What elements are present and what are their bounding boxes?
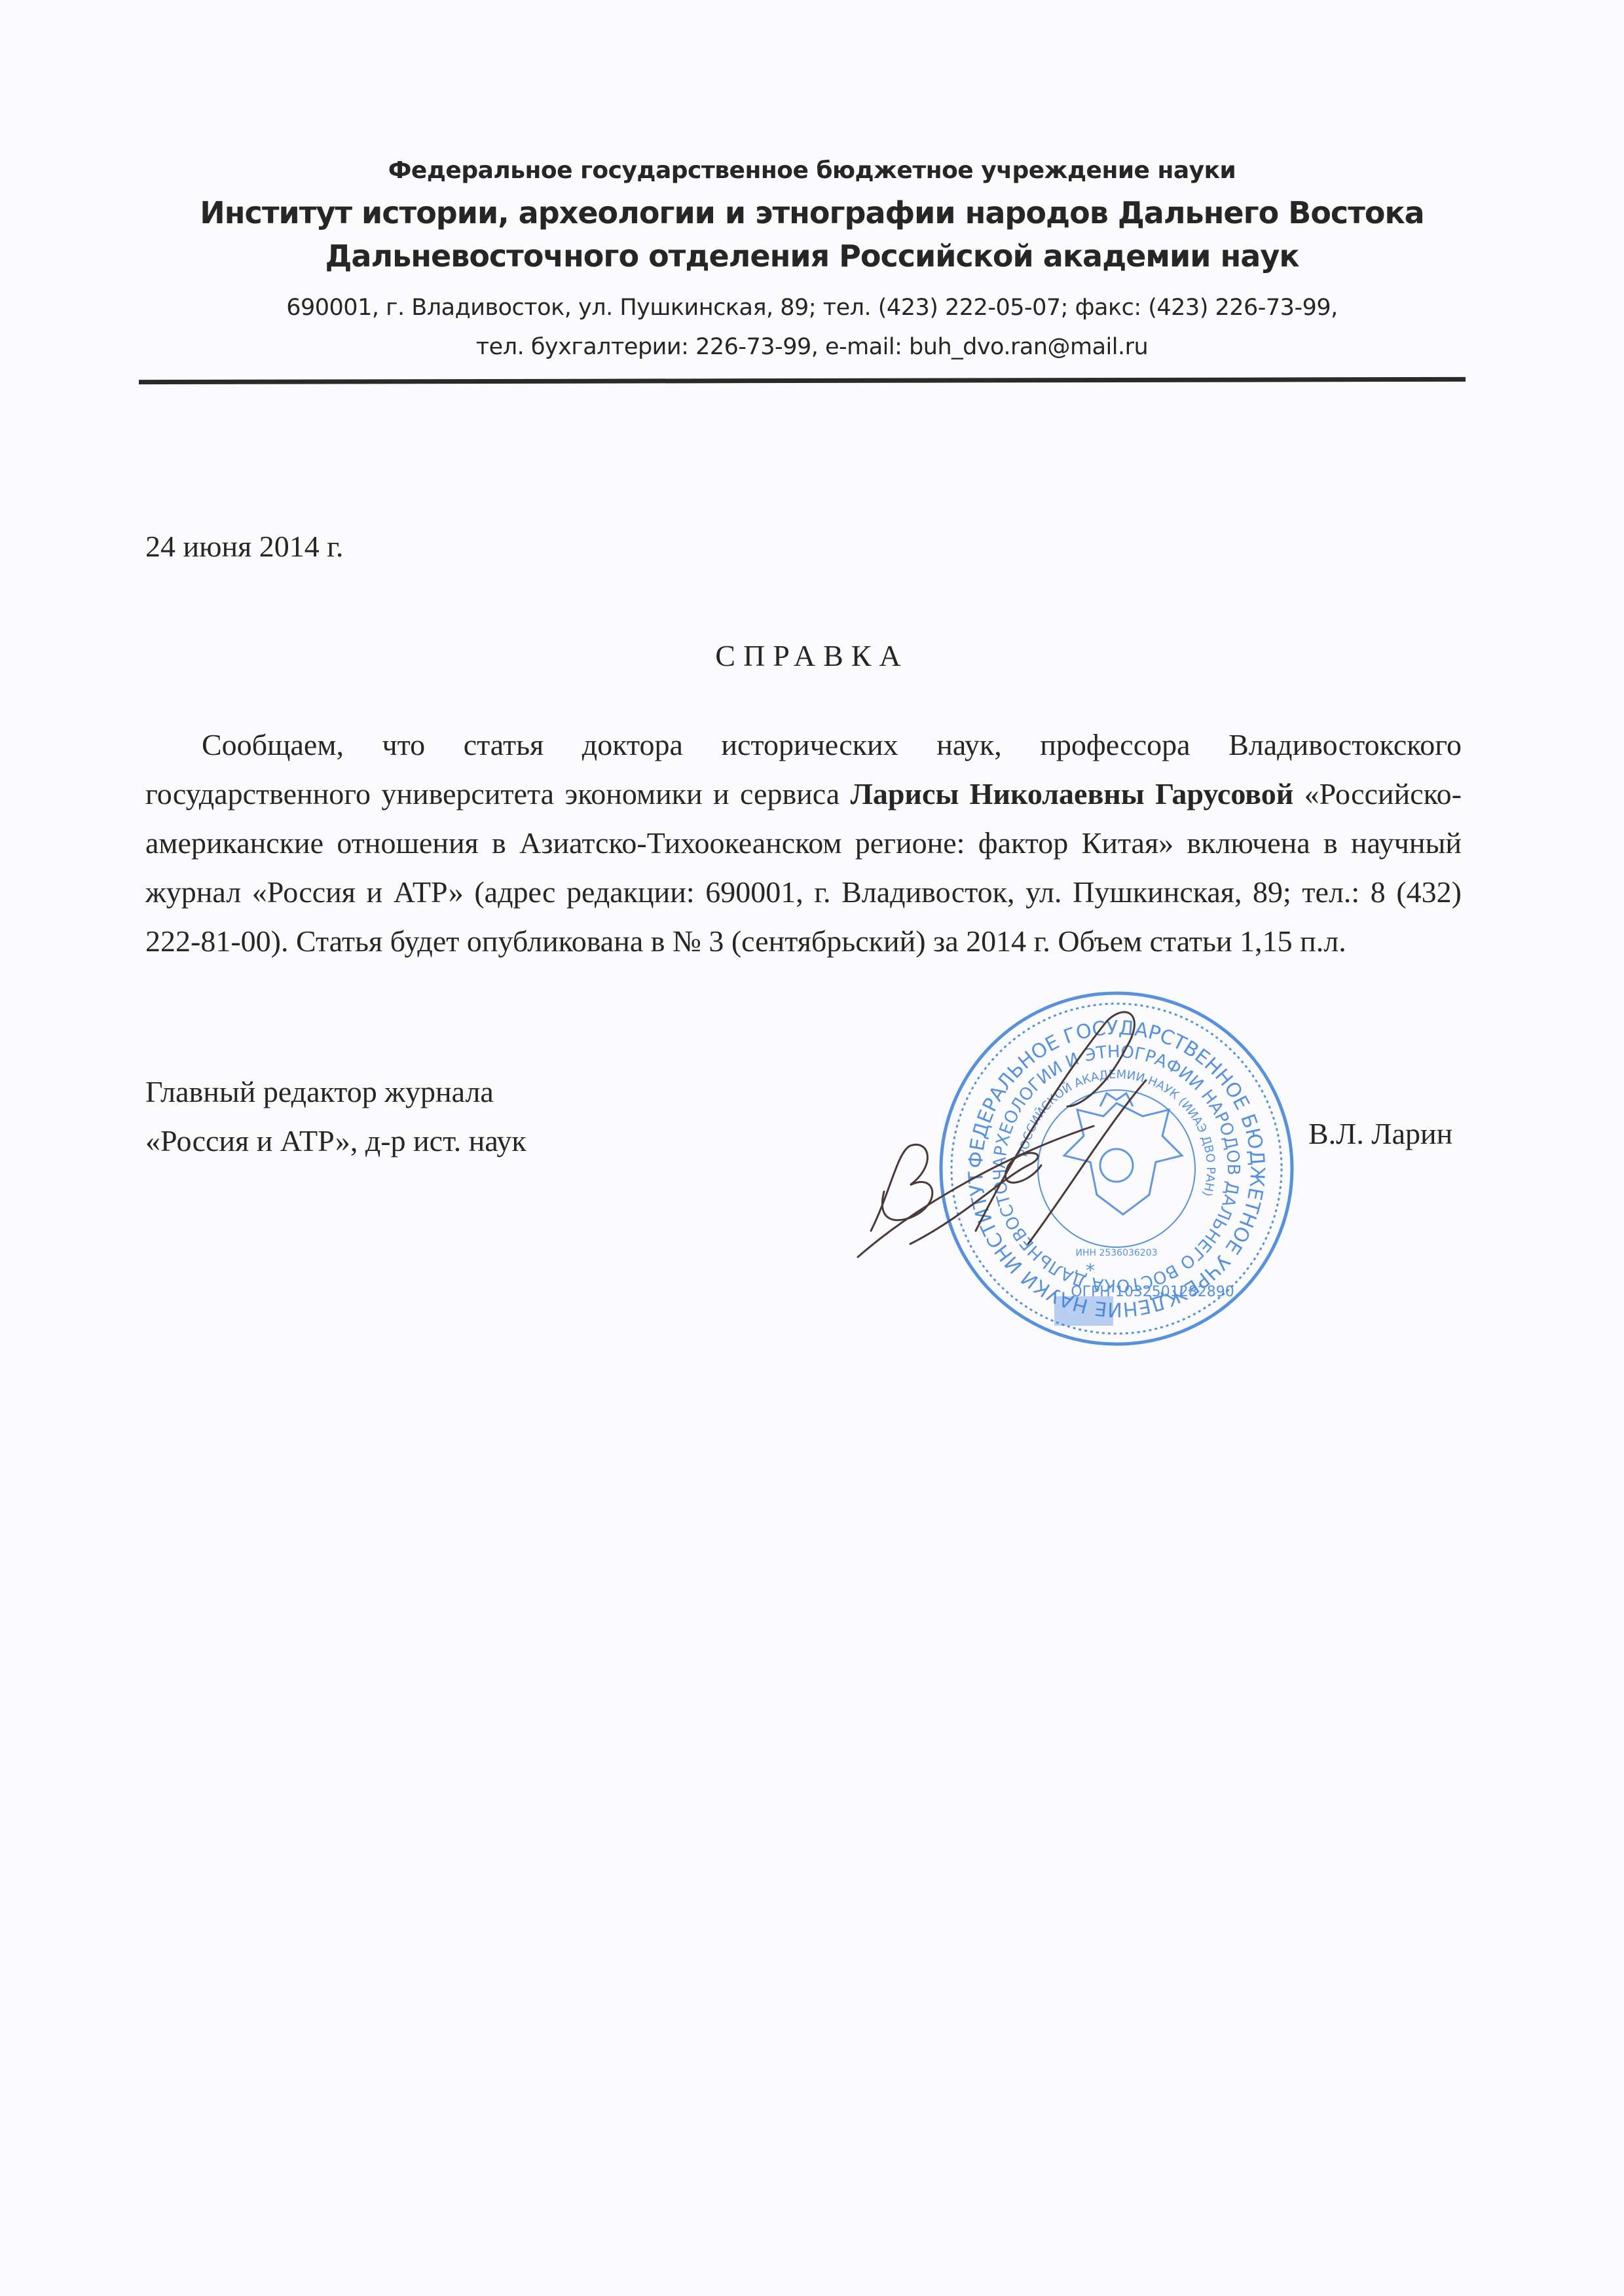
letterhead-address: 690001, г. Владивосток, ул. Пушкинская, …: [0, 295, 1624, 321]
signatory-name: В.Л. Ларин: [1308, 1116, 1452, 1151]
author-name: Ларисы Николаевны Гарусовой: [851, 777, 1294, 811]
body-paragraph: Сообщаем, что статья доктора исторически…: [145, 720, 1462, 966]
document-title: СПРАВКА: [0, 638, 1624, 673]
letterhead-branch-name: Дальневосточного отделения Российской ак…: [0, 238, 1624, 274]
letterhead-institute-name: Институт истории, археологии и этнографи…: [0, 195, 1624, 230]
document-date: 24 июня 2014 г.: [145, 529, 343, 564]
signatory-position-line1: Главный редактор журнала: [145, 1067, 526, 1116]
letterhead-org-type: Федеральное государственное бюджетное уч…: [0, 157, 1624, 184]
letterhead-contacts: тел. бухгалтерии: 226-73-99, e-mail: buh…: [0, 334, 1624, 360]
signatory-position-line2: «Россия и АТР», д-р ист. наук: [145, 1116, 526, 1165]
letterhead-divider: [139, 377, 1466, 384]
handwritten-signature-icon: [832, 995, 1198, 1283]
signatory-position: Главный редактор журнала «Россия и АТР»,…: [145, 1067, 526, 1165]
